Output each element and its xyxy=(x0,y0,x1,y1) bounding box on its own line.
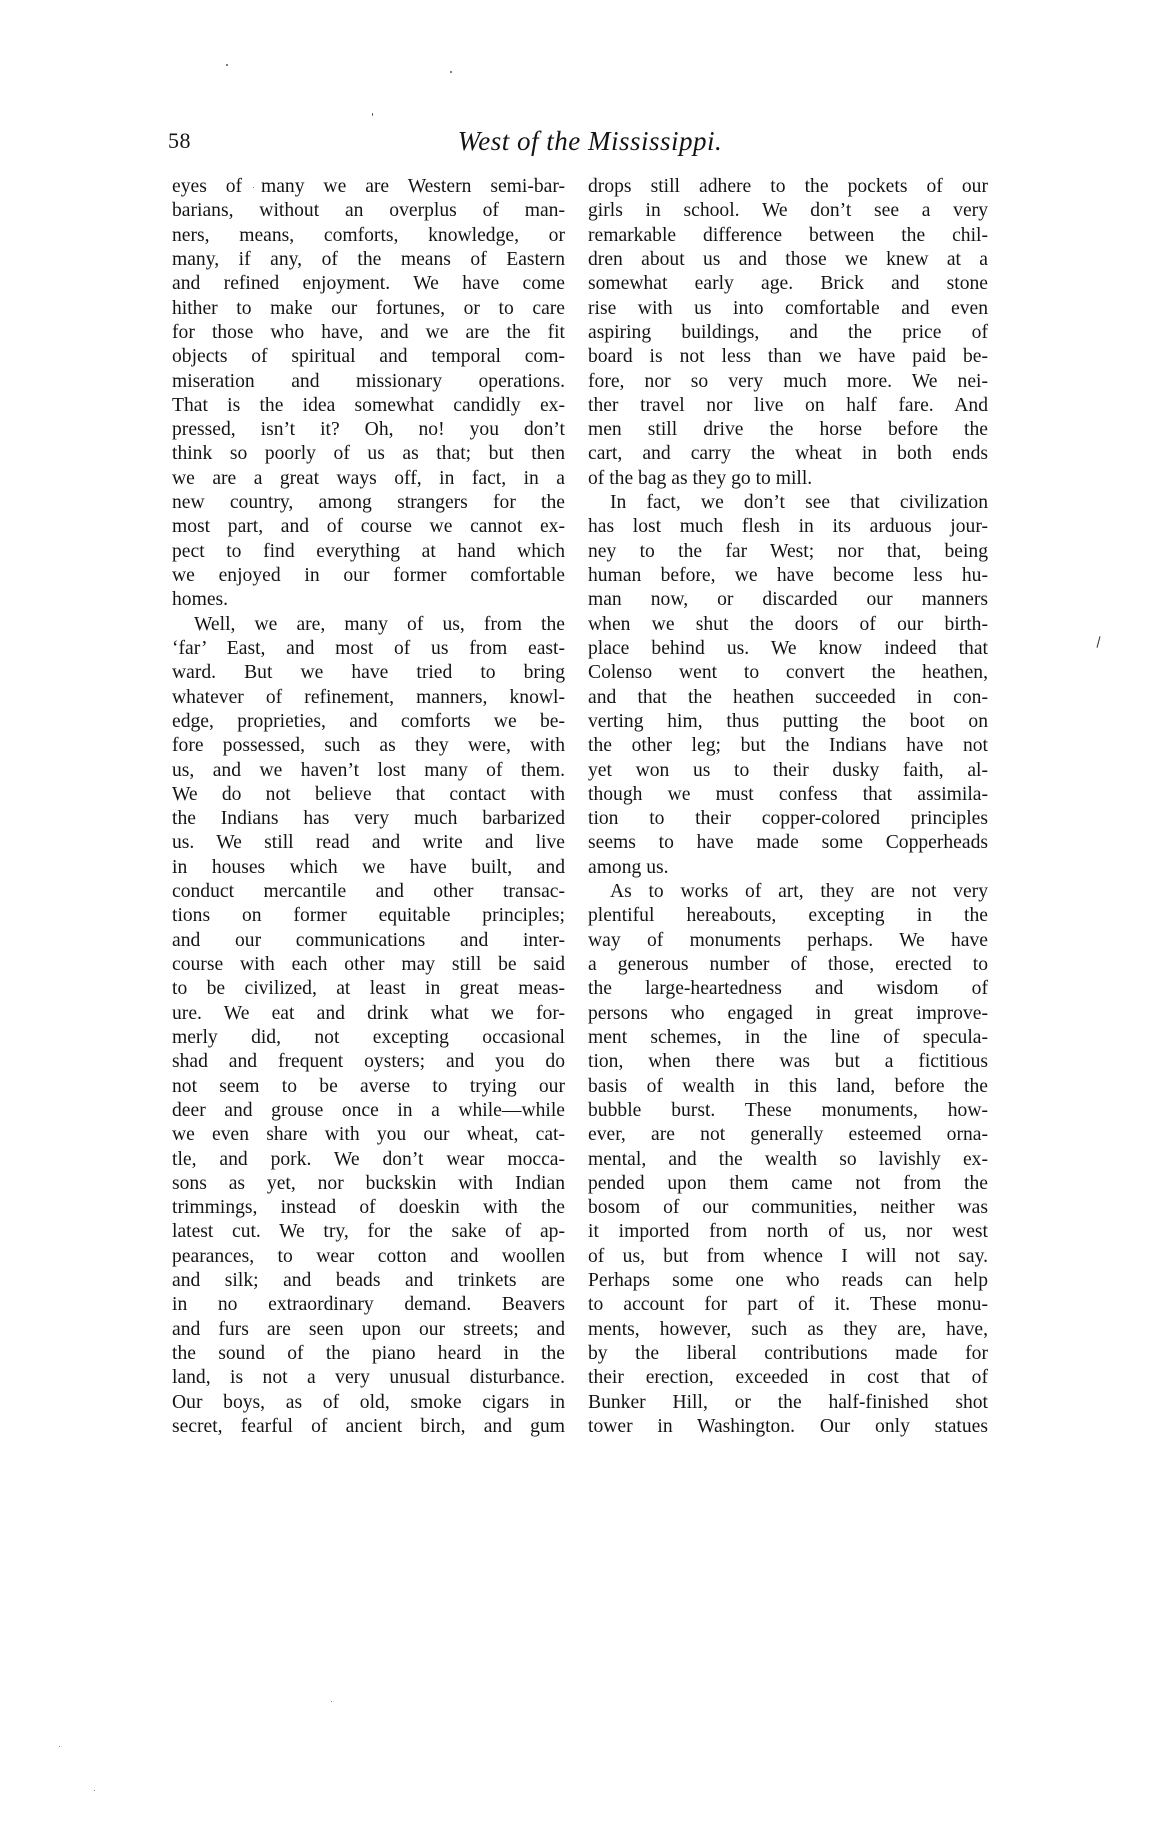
text-line: and silk; and beads and trinkets are xyxy=(172,1269,565,1293)
text-column-right: drops still adhere to the pockets of our… xyxy=(588,175,988,1439)
text-line: barians, without an overplus of man- xyxy=(172,199,565,223)
text-line: we enjoyed in our former comfortable xyxy=(172,564,565,588)
text-line: verting him, thus putting the boot on xyxy=(588,710,988,734)
text-line: course with each other may still be said xyxy=(172,953,565,977)
text-line: Well, we are, many of us, from the xyxy=(172,613,565,637)
text-line: somewhat early age. Brick and stone xyxy=(588,272,988,296)
text-line: land, is not a very unusual disturbance. xyxy=(172,1366,565,1390)
text-line: not seem to be averse to trying our xyxy=(172,1075,565,1099)
text-line: homes. xyxy=(172,588,565,612)
text-line: cart, and carry the wheat in both ends xyxy=(588,442,988,466)
text-line: tower in Washington. Our only statues xyxy=(588,1415,988,1439)
scan-speck xyxy=(450,71,452,73)
text-line: pearances, to wear cotton and woollen xyxy=(172,1245,565,1269)
scan-speck xyxy=(253,187,254,188)
text-line: girls in school. We don’t see a very xyxy=(588,199,988,223)
text-line: fore, nor so very much more. We nei- xyxy=(588,370,988,394)
text-line: ever, are not generally esteemed orna- xyxy=(588,1123,988,1147)
text-line: we even share with you our wheat, cat- xyxy=(172,1123,565,1147)
text-line: tion to their copper-colored principles xyxy=(588,807,988,831)
text-line: We do not believe that contact with xyxy=(172,783,565,807)
text-line: drops still adhere to the pockets of our xyxy=(588,175,988,199)
text-line: a generous number of those, erected to xyxy=(588,953,988,977)
text-line: pended upon them came not from the xyxy=(588,1172,988,1196)
text-line: pect to find everything at hand which xyxy=(172,540,565,564)
text-column-left: eyes of many we are Western semi-bar-bar… xyxy=(172,175,565,1439)
text-line: and furs are seen upon our streets; and xyxy=(172,1318,565,1342)
text-line: In fact, we don’t see that civilization xyxy=(588,491,988,515)
text-line: plentiful hereabouts, excepting in the xyxy=(588,904,988,928)
text-line: to be civilized, at least in great meas- xyxy=(172,977,565,1001)
text-line: in houses which we have built, and xyxy=(172,856,565,880)
text-line: objects of spiritual and temporal com- xyxy=(172,345,565,369)
text-line: merly did, not excepting occasional xyxy=(172,1026,565,1050)
text-line: As to works of art, they are not very xyxy=(588,880,988,904)
text-line: tion, when there was but a fictitious xyxy=(588,1050,988,1074)
text-line: when we shut the doors of our birth- xyxy=(588,613,988,637)
text-line: fore possessed, such as they were, with xyxy=(172,734,565,758)
text-line: trimmings, instead of doeskin with the xyxy=(172,1196,565,1220)
text-line: bosom of our communities, neither was xyxy=(588,1196,988,1220)
text-line: hither to make our fortunes, or to care xyxy=(172,297,565,321)
text-line: Colenso went to convert the heathen, xyxy=(588,661,988,685)
text-line: us. We still read and write and live xyxy=(172,831,565,855)
text-line: seems to have made some Copperheads xyxy=(588,831,988,855)
text-line: ‘far’ East, and most of us from east- xyxy=(172,637,565,661)
text-line: by the liberal contributions made for xyxy=(588,1342,988,1366)
text-line: for those who have, and we are the fit xyxy=(172,321,565,345)
text-line: mental, and the wealth so lavishly ex- xyxy=(588,1148,988,1172)
text-line: the Indians has very much barbarized xyxy=(172,807,565,831)
text-line: aspiring buildings, and the price of xyxy=(588,321,988,345)
text-line: deer and grouse once in a while—while xyxy=(172,1099,565,1123)
text-line: man now, or discarded our manners xyxy=(588,588,988,612)
text-line: bubble burst. These monuments, how- xyxy=(588,1099,988,1123)
text-line: ther travel nor live on half fare. And xyxy=(588,394,988,418)
text-line: pressed, isn’t it? Oh, no! you don’t xyxy=(172,418,565,442)
text-line: place behind us. We know indeed that xyxy=(588,637,988,661)
text-line: and our communications and inter- xyxy=(172,929,565,953)
text-line: ney to the far West; nor that, being xyxy=(588,540,988,564)
text-line: ners, means, comforts, knowledge, or xyxy=(172,224,565,248)
text-line: tle, and pork. We don’t wear mocca- xyxy=(172,1148,565,1172)
text-line: among us. xyxy=(588,856,988,880)
text-line: has lost much flesh in its arduous jour- xyxy=(588,515,988,539)
text-line: sons as yet, nor buckskin with Indian xyxy=(172,1172,565,1196)
text-line: of us, but from whence I will not say. xyxy=(588,1245,988,1269)
text-line: we are a great ways off, in fact, in a xyxy=(172,467,565,491)
text-line: board is not less than we have paid be- xyxy=(588,345,988,369)
text-line: human before, we have become less hu- xyxy=(588,564,988,588)
scan-speck xyxy=(226,64,228,66)
text-line: it imported from north of us, nor west xyxy=(588,1220,988,1244)
text-line: ments, however, such as they are, have, xyxy=(588,1318,988,1342)
text-line: edge, proprieties, and comforts we be- xyxy=(172,710,565,734)
text-line: tions on former equitable principles; xyxy=(172,904,565,928)
text-line: dren about us and those we knew at a xyxy=(588,248,988,272)
scan-speck xyxy=(372,113,373,116)
text-line: Our boys, as of old, smoke cigars in xyxy=(172,1391,565,1415)
text-line: shad and frequent oysters; and you do xyxy=(172,1050,565,1074)
text-line: in no extraordinary demand. Beavers xyxy=(172,1293,565,1317)
text-line: way of monuments perhaps. We have xyxy=(588,929,988,953)
text-line: ward. But we have tried to bring xyxy=(172,661,565,685)
scan-speck xyxy=(331,1701,332,1702)
text-line: conduct mercantile and other transac- xyxy=(172,880,565,904)
text-line: miseration and missionary operations. xyxy=(172,370,565,394)
running-title: West of the Mississippi. xyxy=(400,126,780,157)
text-line: us, and we haven’t lost many of them. xyxy=(172,759,565,783)
page-number: 58 xyxy=(168,128,191,154)
text-line: eyes of many we are Western semi-bar- xyxy=(172,175,565,199)
text-line: whatever of refinement, manners, knowl- xyxy=(172,686,565,710)
text-line: ment schemes, in the line of specula- xyxy=(588,1026,988,1050)
scan-speck xyxy=(1096,636,1100,648)
text-line: and that the heathen succeeded in con- xyxy=(588,686,988,710)
scan-speck xyxy=(94,1790,95,1791)
text-line: Bunker Hill, or the half-finished shot xyxy=(588,1391,988,1415)
text-line: Perhaps some one who reads can help xyxy=(588,1269,988,1293)
text-line: basis of wealth in this land, before the xyxy=(588,1075,988,1099)
text-line: their erection, exceeded in cost that of xyxy=(588,1366,988,1390)
text-line: the other leg; but the Indians have not xyxy=(588,734,988,758)
text-line: of the bag as they go to mill. xyxy=(588,467,988,491)
text-line: men still drive the horse before the xyxy=(588,418,988,442)
text-line: new country, among strangers for the xyxy=(172,491,565,515)
text-line: secret, fearful of ancient birch, and gu… xyxy=(172,1415,565,1439)
text-line: yet won us to their dusky faith, al- xyxy=(588,759,988,783)
scan-speck xyxy=(59,1746,60,1747)
text-line: many, if any, of the means of Eastern xyxy=(172,248,565,272)
text-line: though we must confess that assimila- xyxy=(588,783,988,807)
text-line: to account for part of it. These monu- xyxy=(588,1293,988,1317)
text-line: latest cut. We try, for the sake of ap- xyxy=(172,1220,565,1244)
text-line: and refined enjoyment. We have come xyxy=(172,272,565,296)
text-line: persons who engaged in great improve- xyxy=(588,1002,988,1026)
text-line: think so poorly of us as that; but then xyxy=(172,442,565,466)
text-line: rise with us into comfortable and even xyxy=(588,297,988,321)
text-line: the sound of the piano heard in the xyxy=(172,1342,565,1366)
text-line: ure. We eat and drink what we for- xyxy=(172,1002,565,1026)
text-line: most part, and of course we cannot ex- xyxy=(172,515,565,539)
text-line: That is the idea somewhat candidly ex- xyxy=(172,394,565,418)
text-line: the large-heartedness and wisdom of xyxy=(588,977,988,1001)
text-line: remarkable difference between the chil- xyxy=(588,224,988,248)
